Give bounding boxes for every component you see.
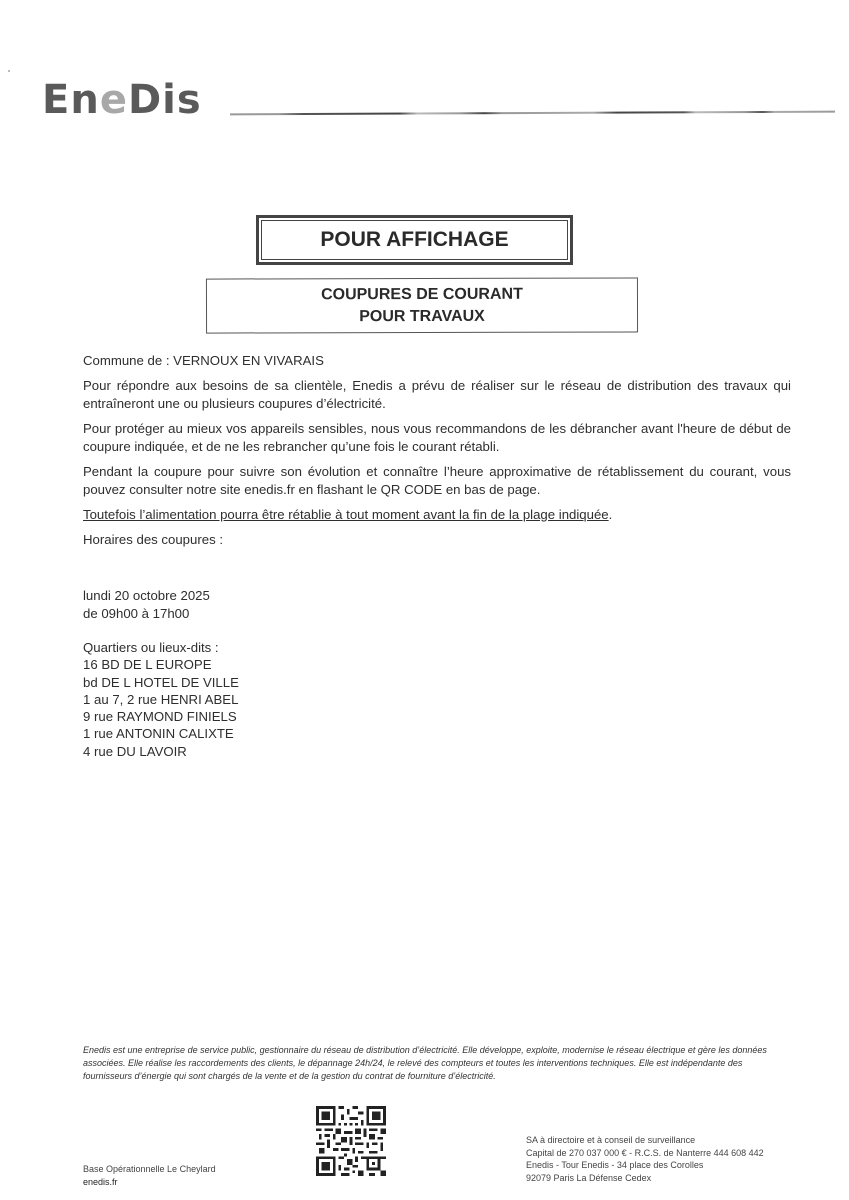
- outage-time-range: de 09h00 à 17h00: [83, 605, 210, 623]
- enedis-logo: EneDis: [42, 80, 202, 120]
- paragraph-intro: Pour répondre aux besoins de sa clientèl…: [83, 377, 791, 413]
- outage-date: lundi 20 octobre 2025: [83, 587, 210, 605]
- company-line: SA à directoire et à conseil de surveill…: [526, 1134, 764, 1147]
- warning-line: Toutefois l’alimentation pourra être rét…: [83, 506, 791, 524]
- company-line: Capital de 270 037 000 € - R.C.S. de Nan…: [526, 1147, 764, 1160]
- outage-schedule: lundi 20 octobre 2025 de 09h00 à 17h00: [83, 587, 210, 622]
- footer-office: Base Opérationnelle Le Cheylard enedis.f…: [83, 1163, 216, 1189]
- header-divider: [230, 111, 835, 116]
- logo-part-2: e: [100, 77, 128, 123]
- place-item: 4 rue DU LAVOIR: [83, 743, 239, 760]
- warning-period: .: [609, 507, 613, 522]
- place-item: 16 BD DE L EUROPE: [83, 656, 239, 673]
- place-item: 9 rue RAYMOND FINIELS: [83, 708, 239, 725]
- base-name: Base Opérationnelle Le Cheylard: [83, 1163, 216, 1176]
- places-label: Quartiers ou lieux-dits :: [83, 639, 239, 656]
- affected-places: Quartiers ou lieux-dits : 16 BD DE L EUR…: [83, 639, 239, 760]
- warning-text: Toutefois l’alimentation pourra être rét…: [83, 507, 609, 522]
- qr-code-icon[interactable]: [316, 1106, 386, 1176]
- footer-legal-text: Enedis est une entreprise de service pub…: [83, 1044, 773, 1083]
- notice-body: Commune de : VERNOUX EN VIVARAIS Pour ré…: [83, 352, 791, 556]
- notice-title-box: COUPURES DE COURANT POUR TRAVAUX: [206, 277, 638, 333]
- notice-title-line1: COUPURES DE COURANT: [321, 283, 523, 306]
- logo-part-3: Dis: [128, 77, 202, 123]
- footer-company-info: SA à directoire et à conseil de surveill…: [526, 1134, 764, 1184]
- place-item: 1 rue ANTONIN CALIXTE: [83, 725, 239, 742]
- schedule-label: Horaires des coupures :: [83, 531, 791, 549]
- display-label: POUR AFFICHAGE: [320, 228, 508, 252]
- paragraph-tracking: Pendant la coupure pour suivre son évolu…: [83, 463, 791, 499]
- display-notice-box: POUR AFFICHAGE: [256, 215, 573, 265]
- company-line: Enedis - Tour Enedis - 34 place des Coro…: [526, 1159, 764, 1172]
- commune: Commune de : VERNOUX EN VIVARAIS: [83, 352, 791, 370]
- company-line: 92079 Paris La Défense Cedex: [526, 1172, 764, 1185]
- scan-artifact: [8, 70, 10, 72]
- paragraph-appliances: Pour protéger au mieux vos appareils sen…: [83, 420, 791, 456]
- website-link[interactable]: enedis.fr: [83, 1176, 216, 1189]
- place-item: 1 au 7, 2 rue HENRI ABEL: [83, 691, 239, 708]
- place-item: bd DE L HOTEL DE VILLE: [83, 674, 239, 691]
- notice-title-line2: POUR TRAVAUX: [359, 305, 485, 327]
- logo-part-1: En: [42, 77, 100, 123]
